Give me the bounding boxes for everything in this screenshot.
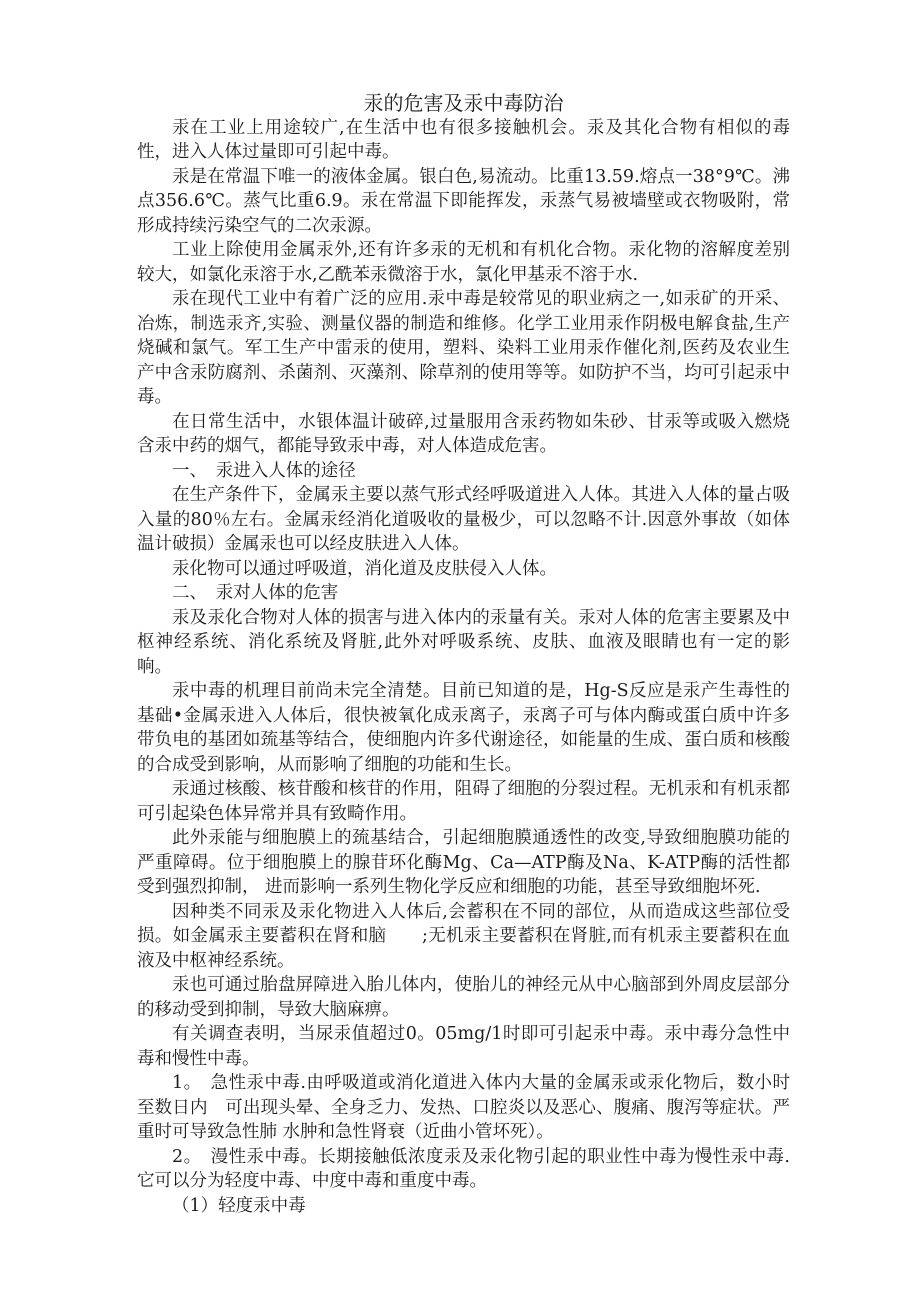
paragraph-entry-compounds: 汞化物可以通过呼吸道，消化道及皮肤侵入人体。 [137,557,790,582]
paragraph-accumulation-sites: 因种类不同汞及汞化物进入人体后,会蓄积在不同的部位，从而造成这些部位受损。如金属… [137,900,790,974]
paragraph-cell-membrane: 此外汞能与细胞膜上的巯基结合，引起细胞膜通透性的改变,导致细胞膜功能的严重障碍。… [137,826,790,900]
paragraph-chronic-poisoning: 2。 漫性汞中毒。长期接触低浓度汞及汞化物引起的职业性中毒为慢性汞中毒.它可以分… [137,1145,790,1194]
paragraph-physical-properties: 汞是在常温下唯一的液体金属。银白色,易流动。比重13.59.熔点一38°9℃。沸… [137,165,790,239]
paragraph-acute-poisoning: 1。 急性汞中毒.由呼吸道或消化道进入体内大量的金属汞或汞化物后，数小时至数日内… [137,1071,790,1145]
paragraph-mild-poisoning-label: （1）轻度汞中毒 [137,1194,790,1219]
paragraph-toxicity-mechanism: 汞中毒的机理目前尚未完全清楚。目前已知道的是，Hg-S反应是汞产生毒性的基础•金… [137,679,790,777]
paragraph-harm-overview: 汞及汞化合物对人体的损害与进入体内的汞量有关。汞对人体的危害主要累及中枢神经系统… [137,606,790,680]
paragraph-cell-division: 汞通过核酸、核苷酸和核苷的作用，阻碍了细胞的分裂过程。无机汞和有机汞都可引起染色… [137,777,790,826]
document-title: 汞的危害及汞中毒防治 [137,91,790,116]
section-heading-entry-routes: 一、 汞进入人体的途径 [137,459,790,484]
section-heading-harm-to-body: 二、 汞对人体的危害 [137,581,790,606]
paragraph-intro-uses: 汞在工业上用途较广,在生活中也有很多接触机会。汞及其化合物有相似的毒性，进入人体… [137,116,790,165]
paragraph-compounds-solubility: 工业上除使用金属汞外,还有许多汞的无机和有机化合物。汞化物的溶解度差别较大，如氯… [137,238,790,287]
paragraph-industrial-applications: 汞在现代工业中有着广泛的应用.汞中毒是较常见的职业病之一,如汞矿的开采、冶炼，制… [137,287,790,410]
paragraph-placental-barrier: 汞也可通过胎盘屏障进入胎儿体内，使胎儿的神经元从中心脑部到外周皮层部分的移动受到… [137,973,790,1022]
paragraph-urine-threshold: 有关调查表明，当尿汞值超过0。05mg/1时即可引起汞中毒。汞中毒分急性中毒和慢… [137,1022,790,1071]
paragraph-daily-life-exposure: 在日常生活中，水银体温计破碎,过量服用含汞药物如朱砂、甘汞等或吸入燃烧含汞中药的… [137,410,790,459]
paragraph-entry-production: 在生产条件下，金属汞主要以蒸气形式经呼吸道进入人体。其进入人体的量占吸入量的80… [137,483,790,557]
document-page: 汞的危害及汞中毒防治 汞在工业上用途较广,在生活中也有很多接触机会。汞及其化合物… [0,0,920,1302]
